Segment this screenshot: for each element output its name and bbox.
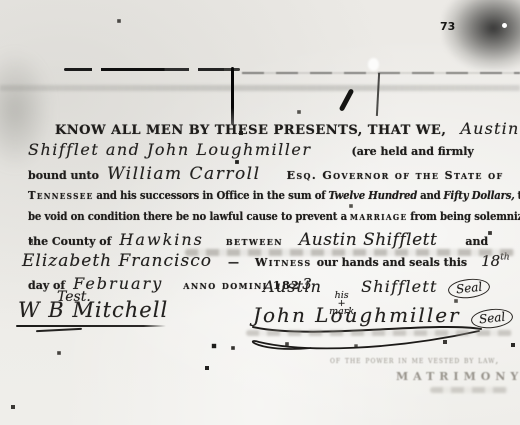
handwritten-groom-full-name: Austin Shifflett [299, 230, 437, 250]
ink-specks [0, 0, 2, 2]
signature-flourish [243, 320, 491, 356]
hands-seals-text: our hands and seals this [317, 256, 467, 269]
governor-title-text: Esq. Governor of the State of [287, 169, 504, 182]
between-word: between [226, 235, 283, 248]
ink-diagonal-mark [339, 88, 355, 112]
witness-signature: W B Mitchell [18, 298, 168, 322]
bond-line-4: Tennessee and his successors in Office i… [28, 189, 520, 202]
groom-signature-last: Shifflett [361, 277, 437, 296]
paper-white-spot [368, 58, 379, 71]
marriage-word: marriage [350, 210, 407, 223]
county-of-text: the County of [28, 235, 111, 248]
witness-signature-underline [16, 325, 166, 327]
sum-amount-italic: Twelve Hundred [328, 189, 417, 202]
fold-crease-vertical [231, 67, 234, 125]
fold-crease-horizontal-faint [242, 72, 520, 74]
bleedthrough-matrimony-text: MATRIMONY [396, 370, 520, 383]
bond-line-5: be void on condition there be no lawful … [28, 210, 520, 223]
bleedthrough-illegible-line-1 [185, 249, 515, 256]
witness-word: Witness [255, 256, 312, 269]
bond-line-1: KNOW ALL MEN BY THESE PRESENTS, THAT WE,… [55, 119, 520, 138]
solemnized-text: from being solemnized in [410, 210, 520, 223]
scan-smudge-top-right [443, 0, 520, 70]
bond-line-2: Shifflet and John Loughmiller(are held a… [28, 140, 474, 159]
bound-unto-text: bound unto [28, 169, 99, 182]
condition-text: be void on condition there be no lawful … [28, 210, 347, 223]
bleedthrough-vested-by-law-text: of the power in me vested by law, [330, 356, 499, 366]
bond-line-3: bound untoWilliam CarrollEsq. Governor o… [28, 164, 504, 184]
handwritten-groom-first-name: Austin [460, 119, 519, 138]
handwritten-county-name: Hawkins [119, 230, 204, 249]
fold-crease-band [0, 85, 520, 91]
page-number: 73 [440, 20, 455, 33]
fold-crease-horizontal [64, 68, 240, 71]
bleedthrough-faint-signature [430, 387, 508, 393]
and-word: and [465, 235, 488, 248]
bond-opening-text: KNOW ALL MEN BY THESE PRESENTS, THAT WE, [55, 123, 446, 138]
bond-line-6: the County ofHawkinsbetweenAustin Shiffl… [28, 230, 488, 250]
fold-crease-vertical-faint [376, 73, 380, 116]
successors-text: and his successors in Office in the sum … [96, 189, 325, 202]
bond-held-firmly-text: (are held and firmly [352, 145, 474, 158]
groom-signature-first: Austin [263, 277, 322, 296]
and-text: and [420, 189, 440, 202]
scanned-marriage-bond-document: 73 KNOW ALL MEN BY THESE PRESENTS, THAT … [0, 0, 520, 425]
scan-white-dot [502, 23, 507, 28]
sum-amount-italic-2: Fifty Dollars, [443, 189, 514, 202]
state-name-text: Tennessee [28, 189, 93, 202]
handwritten-bondsmen-names: Shifflet and John Loughmiller [28, 140, 312, 159]
bleedthrough-illegible-line-2 [246, 330, 512, 336]
handwritten-governor-name: William Carroll [107, 164, 261, 184]
groom-seal: Seal [447, 277, 491, 300]
witness-signature-squiggle [36, 328, 82, 332]
dash-mark: — [228, 256, 239, 269]
handwritten-bride-name: Elizabeth Francisco [22, 251, 212, 271]
